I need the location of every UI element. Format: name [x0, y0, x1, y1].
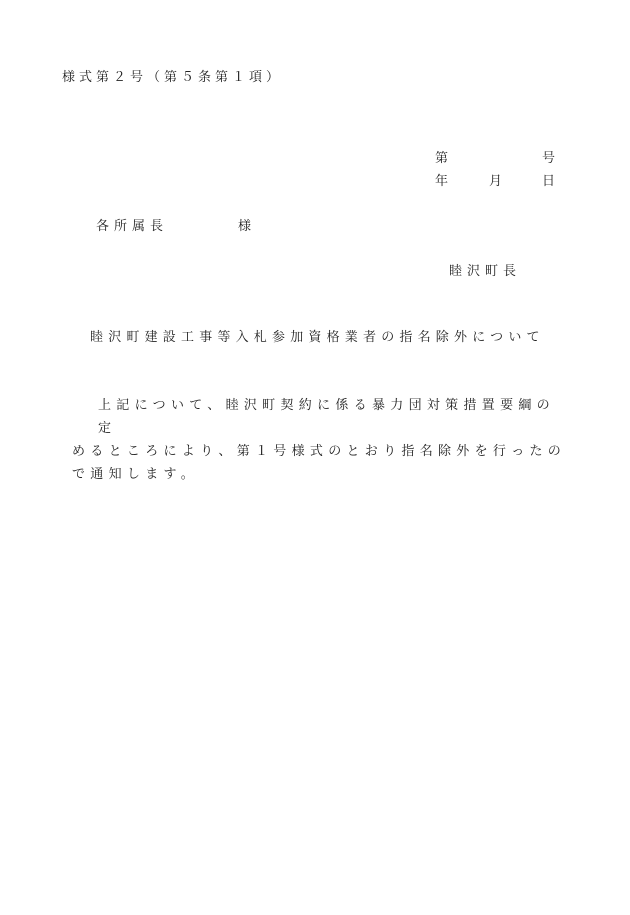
- form-number: 様式第２号（第５条第１項）: [62, 66, 283, 85]
- body-line: めるところにより、第１号様式のとおり指名除外を行ったの: [72, 440, 572, 463]
- addressee: 各所属長 様: [96, 215, 168, 234]
- doc-number-suffix: 号: [542, 147, 555, 166]
- sender: 睦沢町長: [449, 260, 521, 279]
- addressee-name: 各所属長: [96, 219, 168, 234]
- date-month: 月: [489, 170, 502, 189]
- date-year: 年: [435, 170, 448, 189]
- body-line: 上記について、睦沢町契約に係る暴力団対策措置要綱の定: [72, 394, 572, 440]
- date-day: 日: [542, 170, 555, 189]
- addressee-honorific: 様: [238, 215, 251, 234]
- body-text: 上記について、睦沢町契約に係る暴力団対策措置要綱の定 めるところにより、第１号様…: [72, 394, 572, 486]
- doc-number-prefix: 第: [435, 147, 448, 166]
- body-line: で通知します。: [72, 463, 572, 486]
- subject-title: 睦沢町建設工事等入札参加資格業者の指名除外について: [90, 326, 545, 345]
